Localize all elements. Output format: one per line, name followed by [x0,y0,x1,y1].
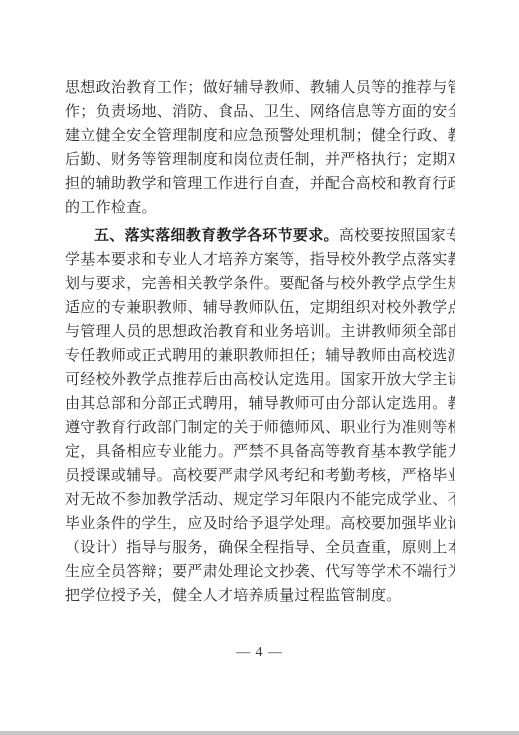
text-line: 对无故不参加教学活动、规定学习年限内不能完成学业、不符合 [65,488,455,512]
text-line: 建立健全安全管理制度和应急预警处理机制；健全行政、教学、 [65,124,455,148]
text-line: 遵守教育行政部门制定的关于师德师风、职业行为准则等相关规 [65,416,455,440]
text-line: 定，具备相应专业能力。严禁不具备高等教育基本教学能力的人 [65,440,455,464]
document-text-block: 思想政治教育工作；做好辅导教师、教辅人员等的推荐与管理工 作；负责场地、消防、食… [65,76,455,608]
text-line: 把学位授予关，健全人才培养质量过程监管制度。 [65,584,455,608]
text-line: 员授课或辅导。高校要严肃学风考纪和考勤考核，严格毕业要求， [65,464,455,488]
text-line: 作；负责场地、消防、食品、卫生、网络信息等方面的安全管理， [65,100,455,124]
text-line: （设计）指导与服务，确保全程指导、全员查重，原则上本科学 [65,536,455,560]
text-line: 划与要求，完善相关教学条件。要配备与校外教学点学生规模相 [65,272,455,296]
paragraph-1: 思想政治教育工作；做好辅导教师、教辅人员等的推荐与管理工 作；负责场地、消防、食… [65,76,455,220]
text-line: 可经校外教学点推荐后由高校认定选用。国家开放大学主讲教师 [65,368,455,392]
text-line: 担的辅助教学和管理工作进行自查，并配合高校和教育行政部门 [65,172,455,196]
section-heading-continuation: 高校要按照国家专业教 [339,228,455,244]
text-line: 适应的专兼职教师、辅导教师队伍，定期组织对校外教学点教学 [65,296,455,320]
document-page: 思想政治教育工作；做好辅导教师、教辅人员等的推荐与管理工 作；负责场地、消防、食… [0,0,519,735]
text-line: 的工作检查。 [65,196,455,220]
page-bottom-edge [0,731,519,735]
text-line: 思想政治教育工作；做好辅导教师、教辅人员等的推荐与管理工 [65,76,455,100]
text-line: 学基本要求和专业人才培养方案等，指导校外教学点落实教学计 [65,248,455,272]
text-line: 专任教师或正式聘用的兼职教师担任；辅导教师由高校选派，也 [65,344,455,368]
text-line: 由其总部和分部正式聘用，辅导教师可由分部认定选用。教师应 [65,392,455,416]
text-line: 与管理人员的思想政治教育和业务培训。主讲教师须全部由高校 [65,320,455,344]
text-line: 后勤、财务等管理制度和岗位责任制，并严格执行；定期对所承 [65,148,455,172]
text-line: 五、落实落细教育教学各环节要求。高校要按照国家专业教 [65,224,455,248]
text-line: 生应全员答辩；要严肃处理论文抄袭、代写等学术不端行为，严 [65,560,455,584]
text-line: 毕业条件的学生，应及时给予退学处理。高校要加强毕业论文 [65,512,455,536]
section-heading: 五、落实落细教育教学各环节要求。 [94,227,339,244]
paragraph-2: 五、落实落细教育教学各环节要求。高校要按照国家专业教 学基本要求和专业人才培养方… [65,224,455,608]
page-number: — 4 — [0,645,519,661]
